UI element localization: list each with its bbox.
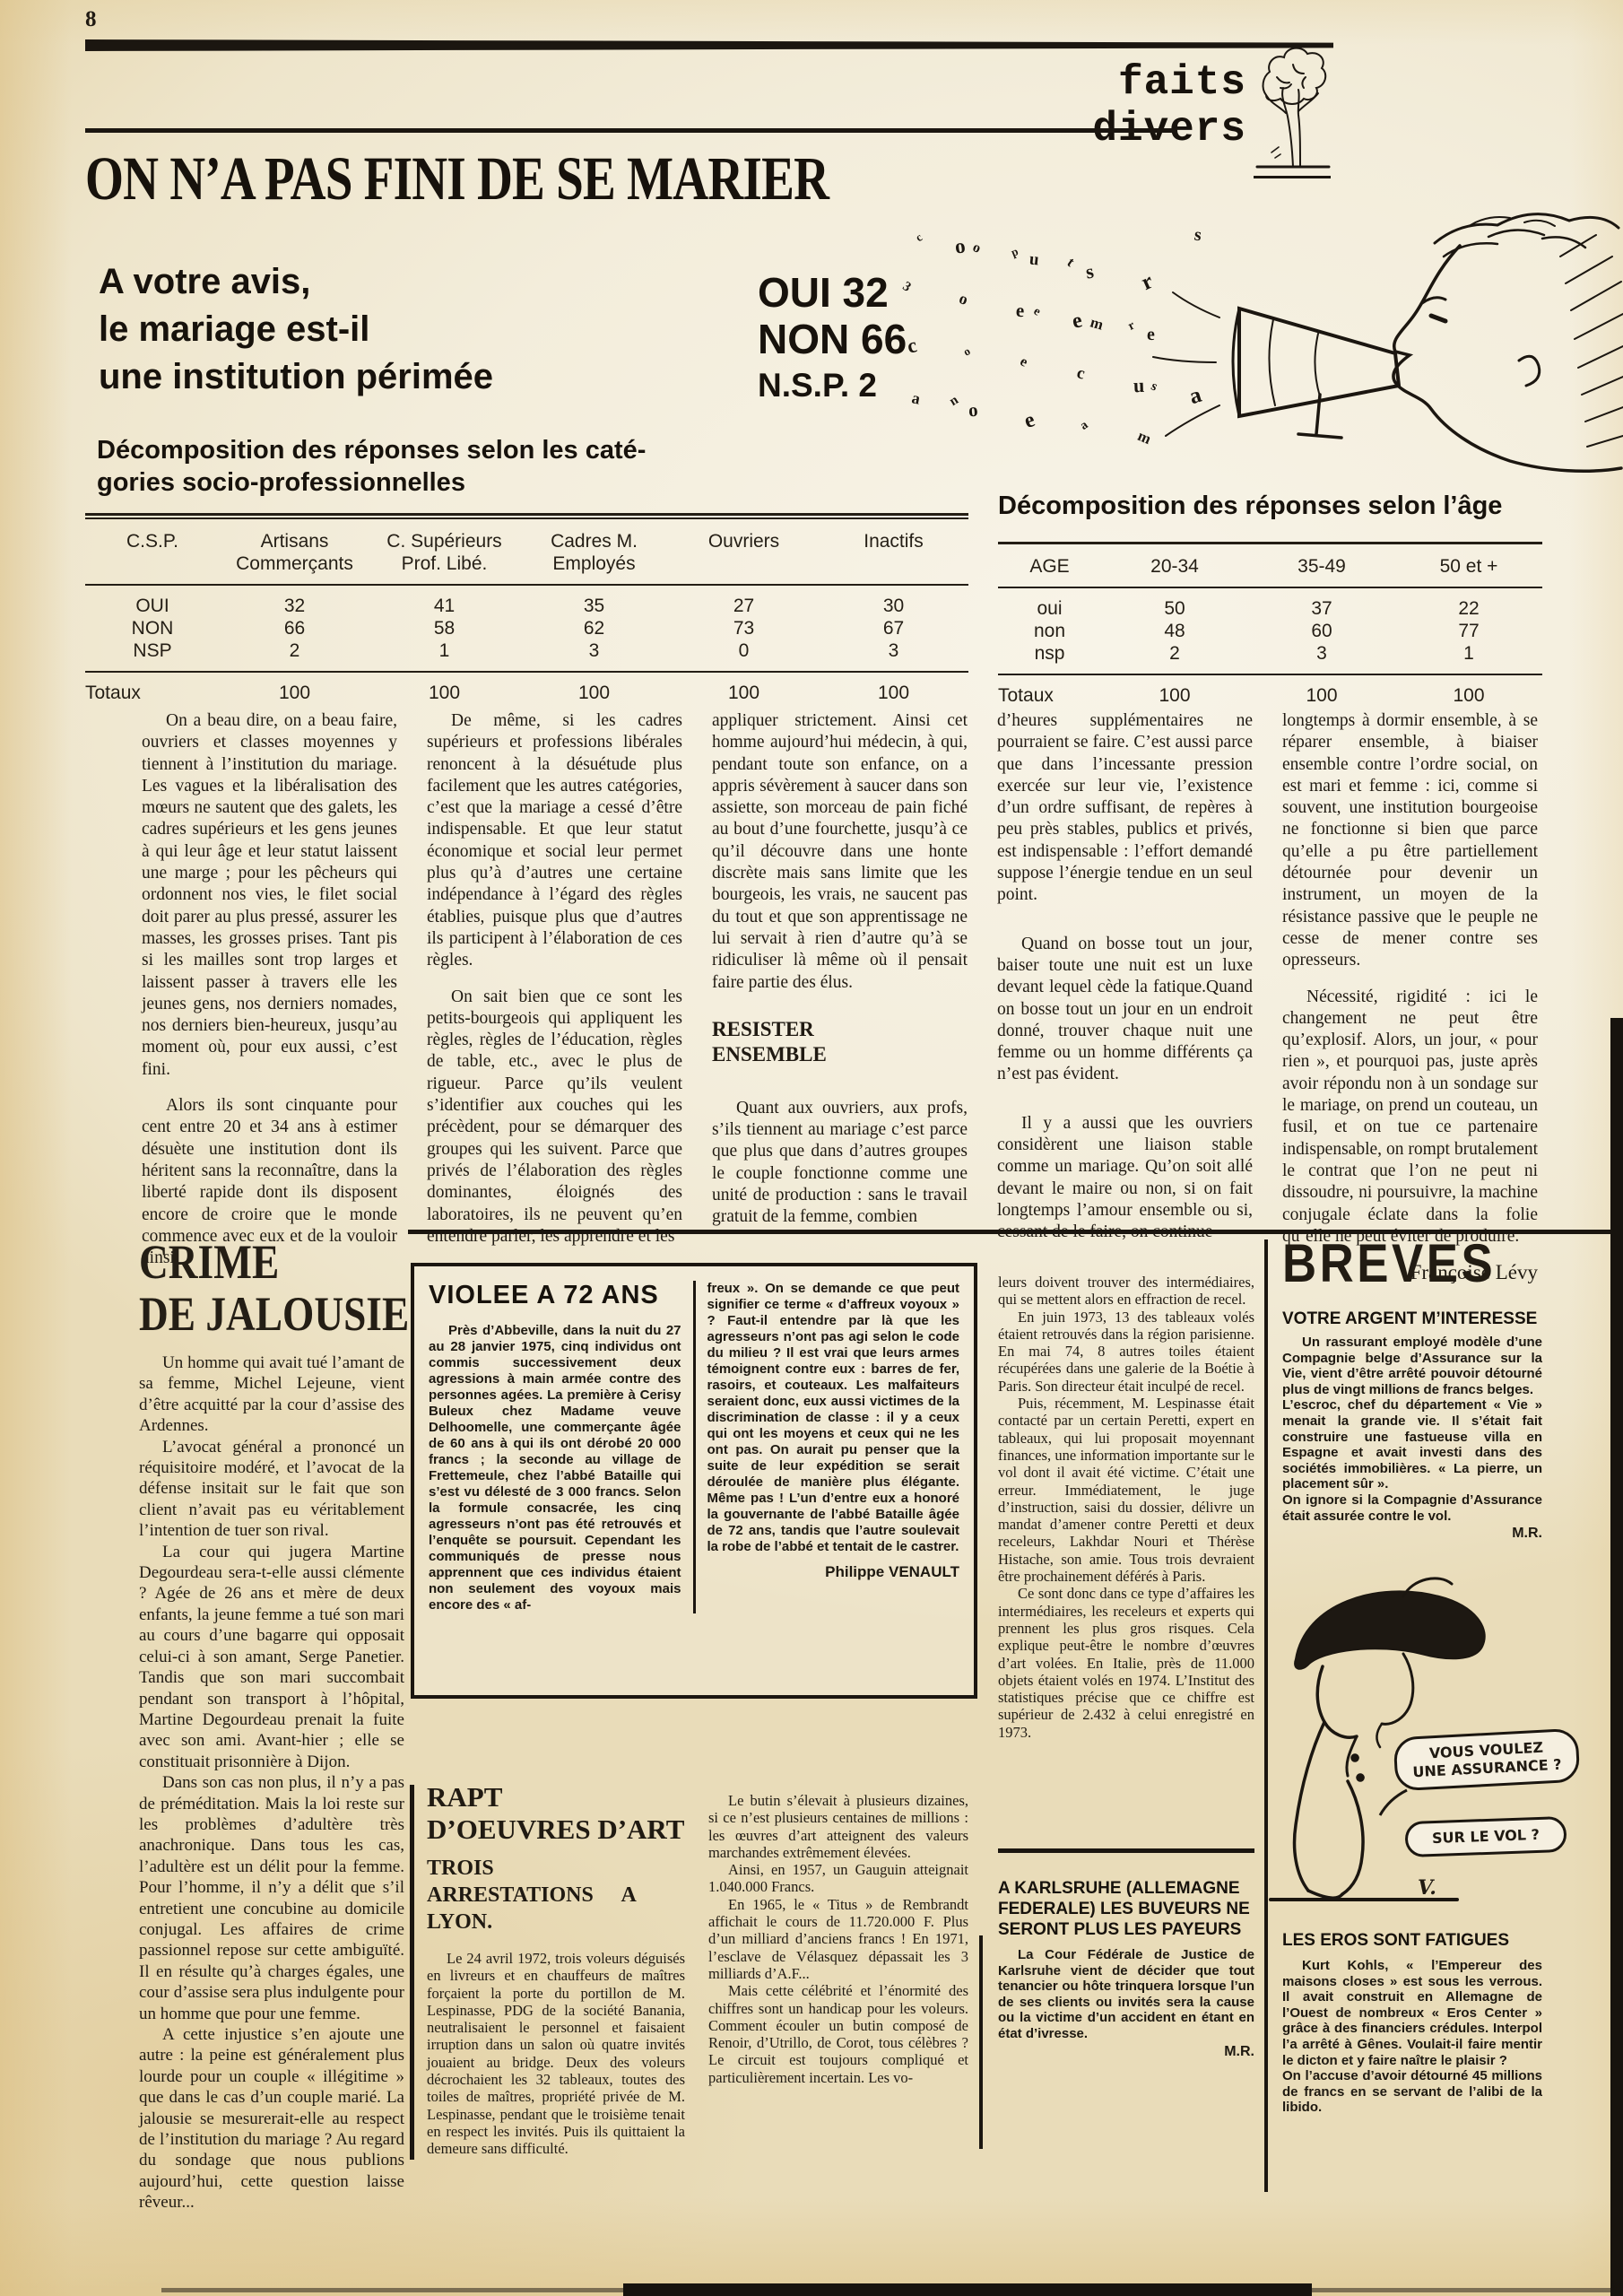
paragraph: Près d’Abbeville, dans la nuit du 27 au … [429, 1323, 681, 1613]
spray-letter: o [961, 344, 973, 359]
paragraph: Quand on bosse tout un jour, baiser tout… [997, 934, 1253, 1086]
spray-letter: e [1015, 300, 1025, 322]
paragraph: De même, si les cadres supérieurs et pro… [427, 710, 682, 972]
article-column-4: d’heures supplémentaires ne pourraient s… [997, 710, 1253, 1283]
spray-letter: o [953, 234, 967, 258]
table-row: non486077 [998, 620, 1542, 642]
paragraph: Un homme qui avait tué l’amant de sa fem… [139, 1352, 404, 1437]
paragraph: Puis, récemment, M. Lespinasse était con… [998, 1395, 1254, 1585]
scan-edge-bottom [623, 2283, 1312, 2296]
age-header-row: AGE 20-34 35-49 50 et + [998, 544, 1542, 587]
violee-title: VIOLEE A 72 ANS [429, 1281, 681, 1310]
csp-header: Inactifs [819, 530, 968, 552]
article-column-2: De même, si les cadres supérieurs et pro… [427, 710, 682, 1283]
spray-letter: s [1149, 379, 1160, 396]
karlsruhe-body: La Cour Fédérale de Justice de Karlsruhe… [998, 1947, 1254, 2059]
age-body: oui503722 non486077 nsp231 [998, 588, 1542, 674]
spray-letter: n [947, 393, 961, 410]
rapt-article: RAPT D’OEUVRES D’ART TROIS ARRESTATIONS … [427, 1781, 685, 2158]
paragraph: On ignore si la Compagnie d’Assurance ét… [1282, 1492, 1542, 1524]
spray-letter: a [910, 388, 922, 408]
paragraph: leurs doivent trouver des intermédiaires… [998, 1274, 1254, 1309]
survey-results: OUI 32 NON 66 N.S.P. 2 [758, 269, 907, 409]
table-row: OUI3241352730 [85, 595, 968, 617]
karlsruhe-top-rule [998, 1848, 1254, 1853]
article-column-3: appliquer strictement. Ainsi cet homme a… [712, 710, 968, 1283]
rapt-title: RAPT D’OEUVRES D’ART [427, 1781, 685, 1846]
paragraph: On sait bien que ce sont les petits-bour… [427, 987, 682, 1248]
karlsruhe-byline: M.R. [998, 2044, 1254, 2060]
speech-bubble-1: VOUS VOULEZ UNE ASSURANCE ? [1393, 1728, 1581, 1792]
paragraph: longtemps à dormir ensemble, à se répare… [1282, 710, 1538, 972]
rapt-continuation-2: leurs doivent trouver des intermédiaires… [998, 1274, 1254, 1741]
spray-letter: c [913, 230, 925, 245]
spray-letter: a [1078, 418, 1091, 433]
crime-article: CRIME DE JALOUSIE Un homme qui avait tué… [139, 1236, 404, 2213]
paragraph: freux ». On se demande ce que peut signi… [707, 1281, 960, 1555]
paragraph: Quant aux ouvriers, aux profs, s’ils tie… [712, 1098, 968, 1229]
spray-letter: t [1063, 255, 1077, 271]
column-rule-3-4 [979, 1935, 983, 2149]
speech-bubble-2: SUR LE VOL ? [1404, 1816, 1567, 1857]
rapt-continuation: Le butin s’élevait à plusieurs dizaines,… [708, 1792, 968, 2086]
breves-column: BREVES VOTRE ARGENT M’INTERESSE Un rassu… [1282, 1232, 1542, 1542]
spray-letter: c [905, 334, 919, 359]
insurance-cartoon: VOUS VOULEZ UNE ASSURANCE ? SUR LE VOL ?… [1269, 1561, 1592, 1919]
spray-letter: m [1135, 427, 1154, 448]
csp-header: C.S.P. [85, 530, 220, 552]
table-row: NSP21303 [85, 639, 968, 662]
breves-heading: VOTRE ARGENT M’INTERESSE [1282, 1309, 1542, 1329]
spray-letter: e [1030, 305, 1043, 320]
paragraph: Ce sont donc dans ce type d’affaires les… [998, 1585, 1254, 1741]
table-row: oui503722 [998, 597, 1542, 620]
table-row: nsp231 [998, 642, 1542, 665]
paragraph: Mais cette célébrité et l’énormité des c… [708, 1982, 968, 2086]
rapt-subtitle: TROIS ARRESTATIONS A LYON. [427, 1855, 685, 1935]
result-nsp: N.S.P. 2 [758, 362, 907, 409]
spray-letter: c [1075, 363, 1087, 384]
spray-letter: e [1017, 353, 1030, 370]
spray-letter: u [1133, 374, 1145, 397]
spray-letter: s [1084, 259, 1096, 283]
rapt-intro: Le 24 avril 1972, trois voleurs déguisés… [427, 1950, 685, 2158]
paragraph: En juin 1973, 13 des tableaux volés étai… [998, 1309, 1254, 1395]
spray-letter: o [968, 399, 978, 422]
breves-body: Un rassurant employé modèle d’une Compag… [1282, 1335, 1542, 1542]
bottom-column-4: leurs doivent trouver des intermédiaires… [998, 1274, 1254, 2059]
paragraph: Un rassurant employé modèle d’une Compag… [1282, 1335, 1542, 1397]
column-rule-4-5 [1264, 1239, 1268, 2192]
age-table: AGE 20-34 35-49 50 et + oui503722 non486… [998, 542, 1542, 716]
paragraph: En 1965, le « Titus » de Rembrandt affic… [708, 1896, 968, 1982]
paragraph: On l’accuse d’avoir détourné 45 millions… [1282, 2068, 1542, 2116]
spray-letter: p [1009, 244, 1020, 260]
csp-totals-row: Totaux100100100100100 [85, 673, 968, 713]
tree-illustration-icon [1254, 41, 1332, 169]
result-oui: OUI 32 [758, 269, 907, 316]
eros-title: LES EROS SONT FATIGUES [1282, 1930, 1542, 1951]
violee-column-b: freux ». On se demande ce que peut signi… [693, 1281, 960, 1613]
spray-letter: m [1089, 313, 1106, 334]
newspaper-page: 8 faits divers ON N’A PAS FINI DE SE MAR… [0, 0, 1623, 2296]
scan-edge-right [1610, 1018, 1623, 2296]
paragraph: Nécessité, rigidité : ici le changement … [1282, 987, 1538, 1248]
spray-letter: a [1186, 383, 1204, 410]
csp-header: Ouvriers [669, 530, 819, 552]
paragraph: d’heures supplémentaires ne pourraient s… [997, 710, 1253, 907]
paragraph: Le butin s’élevait à plusieurs dizaines,… [708, 1792, 968, 1861]
paragraph: A cette injustice s’en ajoute une autre … [139, 2024, 404, 2213]
paragraph: Kurt Kohls, « l’Empereur des maisons clo… [1282, 1958, 1542, 2068]
age-table-caption: Décomposition des réponses selon l’âge [998, 490, 1554, 522]
violee-columns: VIOLEE A 72 ANS Près d’Abbeville, dans l… [414, 1266, 974, 1624]
csp-header-row: C.S.P. Artisans Commerçants C. Supérieur… [85, 519, 968, 584]
spray-letter: o [970, 239, 983, 257]
karlsruhe-title: A KARLSRUHE (ALLEMAGNE FEDERALE) LES BUV… [998, 1878, 1254, 1940]
eros-body: Kurt Kohls, « l’Empereur des maisons clo… [1282, 1958, 1542, 2116]
spray-letter: o [957, 289, 970, 309]
table-row: NON6658627367 [85, 617, 968, 639]
top-rule [85, 39, 1333, 51]
breves-title: BREVES [1282, 1232, 1511, 1294]
crime-body: Un homme qui avait tué l’amant de sa fem… [139, 1352, 404, 2213]
spray-letter: r [1138, 269, 1158, 296]
survey-question: A votre avis, le mariage est-il une inst… [99, 258, 655, 401]
second-rule [85, 128, 1177, 133]
paragraph: On a beau dire, on a beau faire, ouvrier… [142, 710, 397, 1081]
spray-letter: e [1070, 309, 1084, 335]
paragraph: La Cour Fédérale de Justice de Karlsruhe… [998, 1947, 1254, 2042]
article-subhead: RESISTER ENSEMBLE [712, 1017, 968, 1067]
csp-body: OUI3241352730 NON6658627367 NSP21303 [85, 586, 968, 671]
letter-spray: cesomaueosceroa3emocseuoeaprnt [901, 221, 1233, 463]
paragraph: L’escroc, chef du département « Vie » me… [1282, 1397, 1542, 1492]
crime-title: CRIME DE JALOUSIE [139, 1236, 362, 1340]
paragraph: La cour qui jugera Martine Degourdeau se… [139, 1542, 404, 1772]
eros-article: LES EROS SONT FATIGUES Kurt Kohls, « l’E… [1282, 1930, 1542, 2116]
paragraph: Il y a aussi que les ouvriers considèren… [997, 1113, 1253, 1244]
csp-header: Cadres M. Employés [519, 530, 669, 575]
page-number: 8 [85, 7, 97, 32]
spray-letter: r [1126, 318, 1138, 334]
violee-text-a: Près d’Abbeville, dans la nuit du 27 au … [429, 1323, 681, 1613]
spray-letter: s [1193, 225, 1202, 247]
article-column-1: On a beau dire, on a beau faire, ouvrier… [142, 710, 397, 1283]
bubble-tail-icon [1375, 1785, 1410, 1821]
tree-base-rule [1254, 176, 1331, 178]
breves-byline: M.R. [1282, 1526, 1542, 1542]
csp-table: C.S.P. Artisans Commerçants C. Supérieur… [85, 513, 968, 713]
article-column-5: longtemps à dormir ensemble, à se répare… [1282, 710, 1538, 1283]
paragraph: appliquer strictement. Ainsi cet homme a… [712, 710, 968, 994]
spray-letter: e [1147, 325, 1155, 345]
cartoonist-signature: V. [1418, 1876, 1436, 1900]
lead-article-columns: On a beau dire, on a beau faire, ouvrier… [142, 710, 1539, 1283]
violee-text-b: freux ». On se demande ce que peut signi… [707, 1281, 960, 1580]
paragraph: Dans son cas non plus, il n’y a pas de p… [139, 1772, 404, 2024]
csp-header: C. Supérieurs Prof. Libé. [369, 530, 519, 575]
spray-letter: e [1021, 408, 1038, 434]
spitting-head-cartoon: cesomaueosceroa3emocseuoeaprnt [897, 203, 1623, 481]
spray-letter: 3 [899, 279, 914, 295]
violee-byline: Philippe VENAULT [707, 1564, 960, 1580]
paragraph: Ainsi, en 1957, un Gauguin atteignait 1.… [708, 1861, 968, 1896]
csp-header: Artisans Commerçants [220, 530, 369, 575]
spray-letter: u [1028, 250, 1040, 271]
paragraph: L’avocat général a prononcé un réquisito… [139, 1437, 404, 1542]
violee-box: VIOLEE A 72 ANS Près d’Abbeville, dans l… [411, 1263, 977, 1699]
result-non: NON 66 [758, 316, 907, 362]
rapt-left-rule [410, 1785, 414, 2160]
section-title: faits divers [950, 59, 1246, 152]
main-headline: ON N’A PAS FINI DE SE MARIER [85, 143, 829, 214]
paragraph: Le 24 avril 1972, trois voleurs déguisés… [427, 1950, 685, 2158]
violee-column-a: VIOLEE A 72 ANS Près d’Abbeville, dans l… [429, 1281, 681, 1613]
csp-table-caption: Décomposition des réponses selon les cat… [97, 434, 653, 499]
